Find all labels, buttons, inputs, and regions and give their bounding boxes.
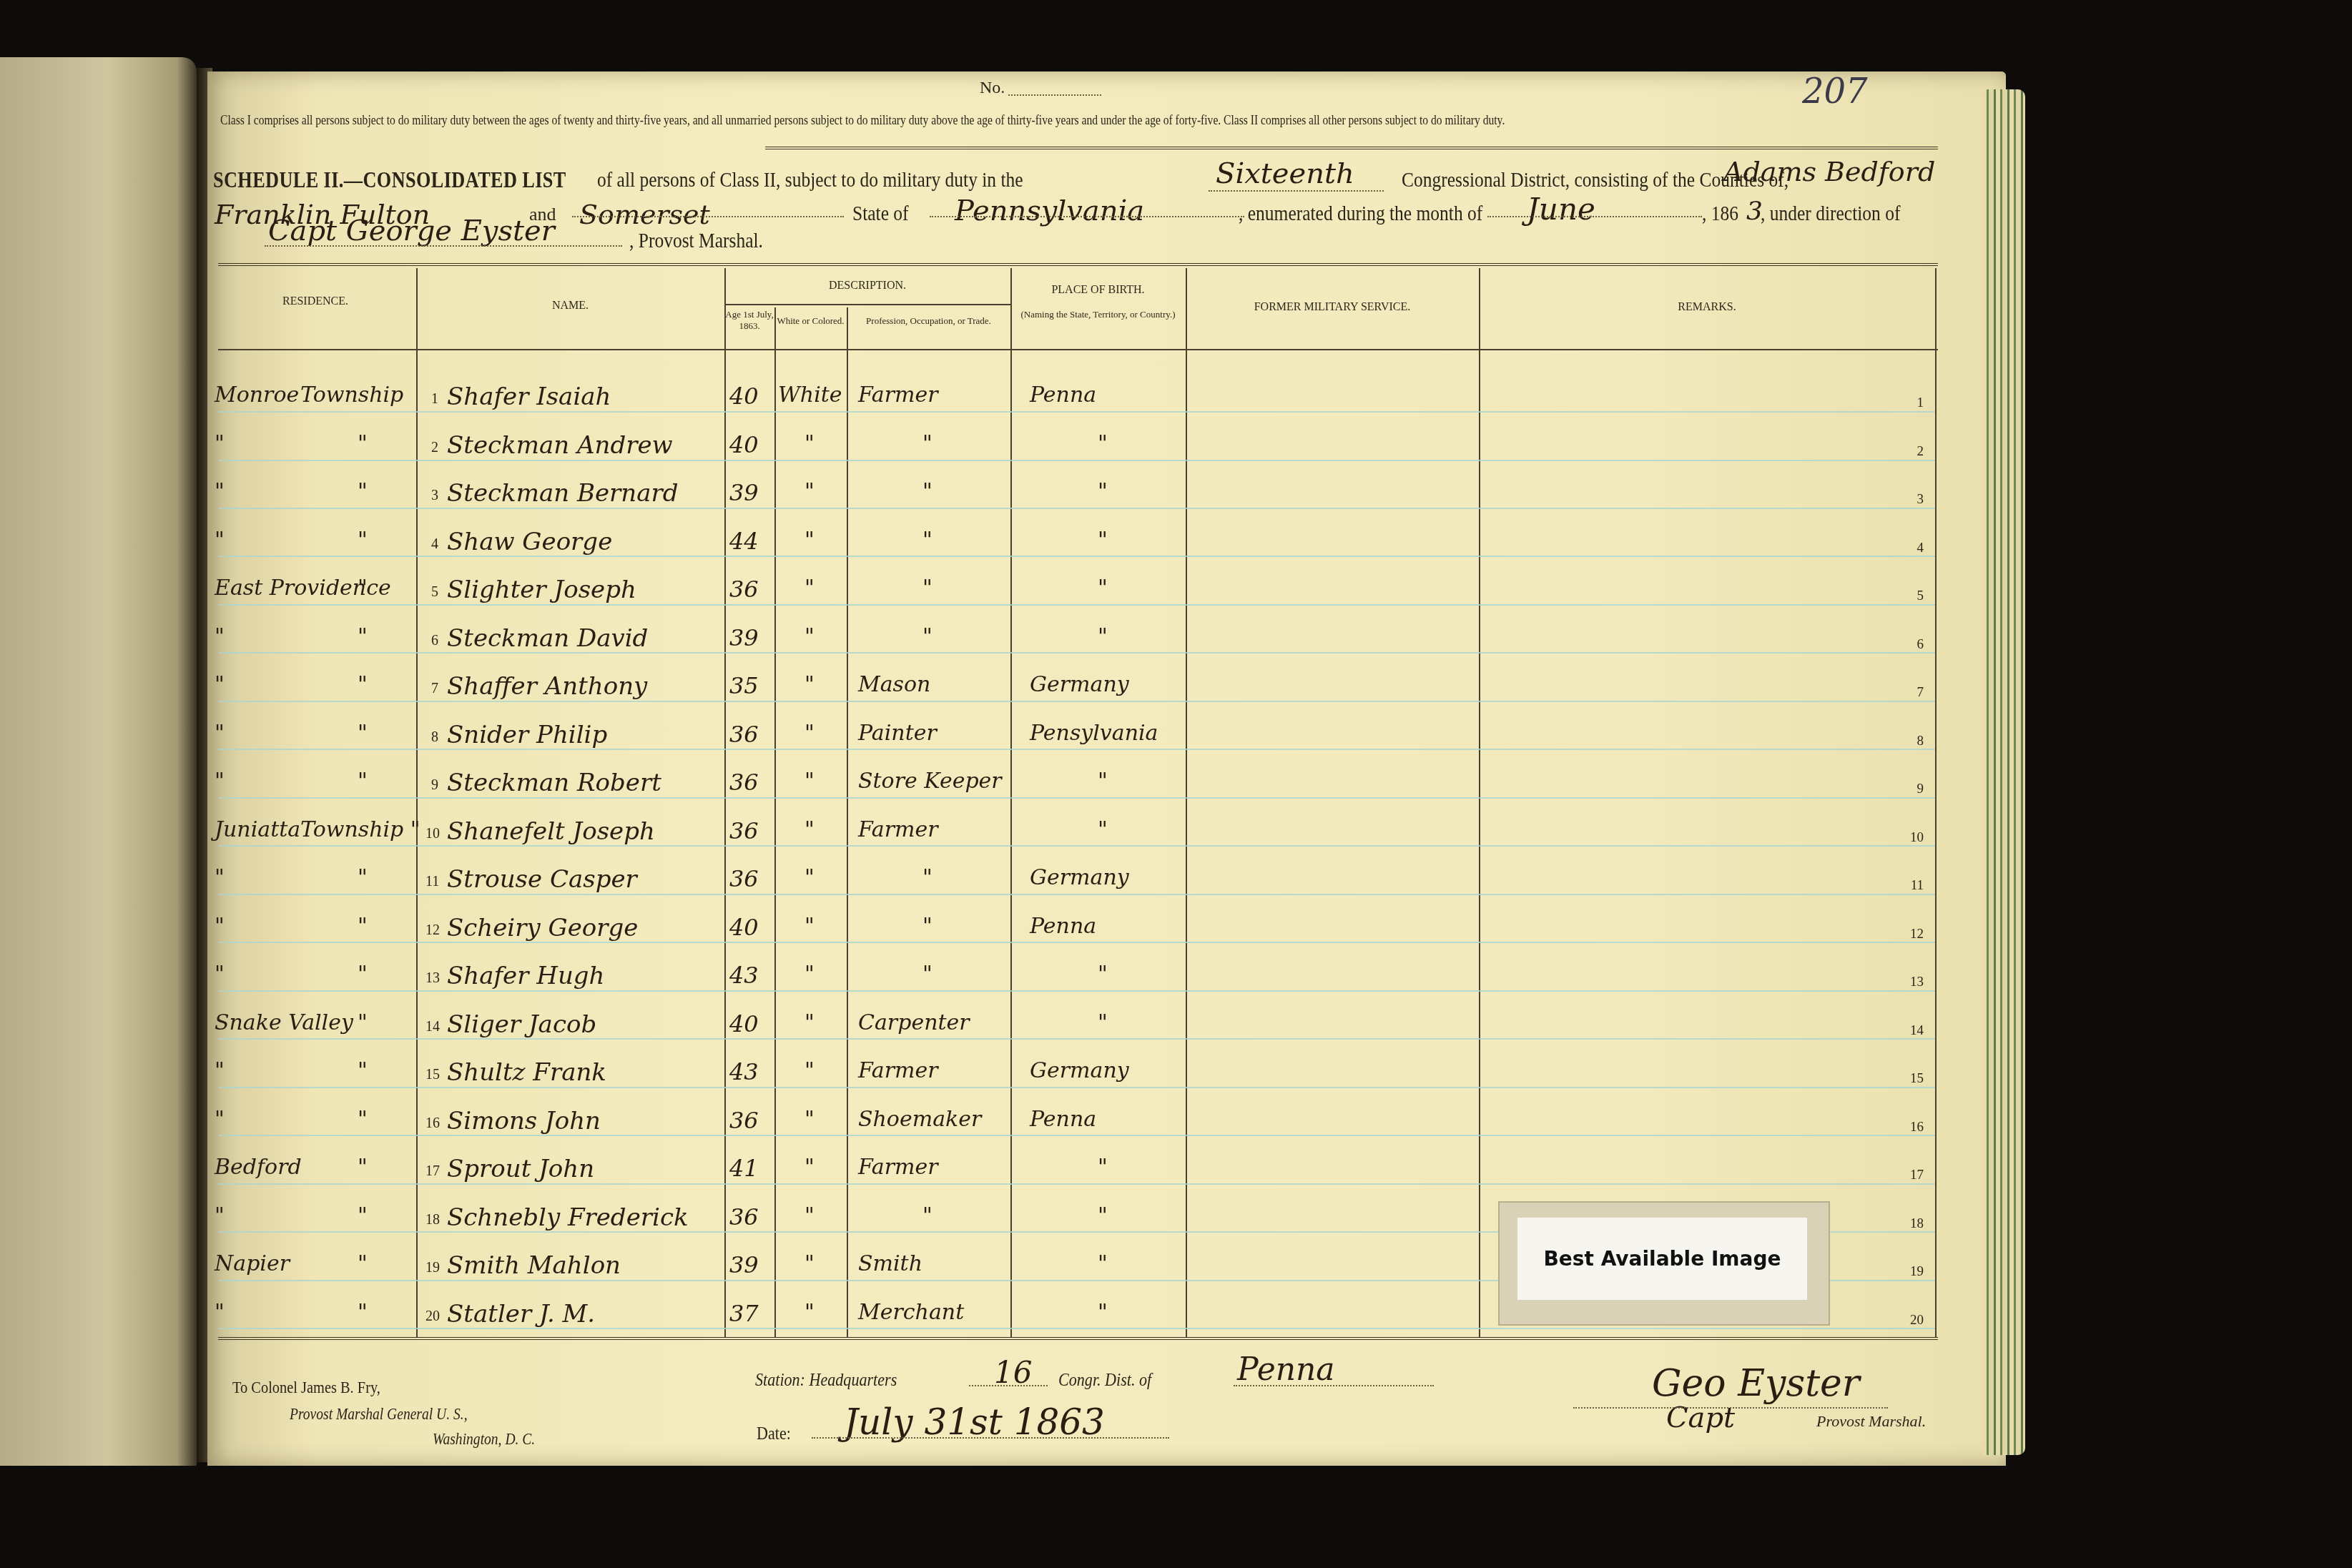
- entry-age: 40: [729, 1010, 759, 1037]
- entry-color: ": [804, 1010, 815, 1035]
- residence-type: ": [358, 479, 368, 504]
- right-row-number: 19: [1895, 1264, 1924, 1280]
- entry-name: Shaffer Anthony: [447, 672, 647, 701]
- entry-birth: Penna: [1030, 1107, 1096, 1132]
- entry-age: 36: [729, 1107, 759, 1134]
- entry-profession: Merchant: [858, 1300, 964, 1325]
- entry-profession: ": [922, 576, 933, 601]
- provost-marshal-label: Provost Marshal.: [1816, 1412, 1926, 1431]
- row-number: 18: [425, 1212, 440, 1228]
- col-age: Age 1st July, 1863.: [724, 309, 774, 332]
- residence-place: ": [215, 624, 225, 649]
- entry-profession: Painter: [858, 721, 937, 746]
- entry-birth: ": [1098, 576, 1108, 601]
- entry-color: ": [804, 1203, 815, 1228]
- entry-name: Shaw George: [447, 528, 612, 556]
- entry-name: Shanefelt Joseph: [447, 817, 655, 846]
- row-number: 3: [431, 488, 438, 504]
- entry-name: Steckman Robert: [447, 769, 661, 797]
- entry-color: ": [804, 479, 815, 504]
- entry-color: ": [804, 672, 815, 697]
- col-divider-age: [774, 307, 776, 1337]
- residence-place: ": [215, 1300, 225, 1325]
- residence-type: ": [358, 528, 368, 553]
- right-row-number: 7: [1895, 685, 1924, 701]
- row-number: 6: [431, 633, 438, 649]
- entry-color: ": [804, 769, 815, 794]
- entry-profession: ": [922, 914, 933, 939]
- entry-color: ": [804, 1251, 815, 1276]
- right-row-number: 1: [1895, 395, 1924, 411]
- schedule-title: SCHEDULE II.—CONSOLIDATED LIST: [213, 167, 566, 193]
- entry-age: 36: [729, 817, 759, 844]
- row-number: 16: [425, 1115, 440, 1132]
- entry-age: 36: [729, 769, 759, 796]
- year-prefix: , 186: [1702, 202, 1738, 226]
- residence-type: ": [358, 672, 368, 697]
- left-facing-page: [0, 57, 197, 1466]
- entry-birth: Germany: [1030, 865, 1129, 890]
- station-state: Penna: [1237, 1351, 1335, 1388]
- residence-place: ": [215, 914, 225, 939]
- entry-color: ": [804, 576, 815, 601]
- right-row-number: 20: [1895, 1313, 1924, 1328]
- addressee-line-2: Provost Marshal General U. S.,: [290, 1405, 468, 1424]
- entry-color: ": [804, 624, 815, 649]
- district-line: [1209, 190, 1384, 192]
- entry-name: Scheiry George: [447, 914, 638, 942]
- entry-color: ": [804, 721, 815, 746]
- entry-birth: ": [1098, 1010, 1108, 1035]
- right-row-number: 14: [1895, 1023, 1924, 1039]
- entry-name: Simons John: [447, 1107, 601, 1135]
- marshal-line: [265, 245, 622, 247]
- entry-profession: ": [922, 1203, 933, 1228]
- residence-place: Snake Valley: [215, 1010, 353, 1035]
- residence-type: ": [358, 962, 368, 987]
- row-number: 11: [425, 874, 439, 890]
- entry-name: Sprout John: [447, 1155, 594, 1183]
- entry-profession: Farmer: [858, 1058, 938, 1083]
- table-top-rule: [218, 263, 1938, 266]
- right-row-number: 4: [1895, 541, 1924, 556]
- row-number: 10: [425, 826, 440, 842]
- entry-birth: Germany: [1030, 672, 1129, 697]
- entry-birth: ": [1098, 769, 1108, 794]
- entry-age: 36: [729, 576, 759, 603]
- right-row-number: 12: [1895, 927, 1924, 942]
- signature-title: Capt: [1666, 1401, 1735, 1434]
- col-remarks: REMARKS.: [1479, 300, 1935, 315]
- header-rule: [765, 147, 1938, 149]
- entry-birth: ": [1098, 431, 1108, 456]
- residence-type: ": [358, 769, 368, 794]
- entry-birth: ": [1098, 1251, 1108, 1276]
- col-divider-military: [1479, 268, 1480, 1337]
- entry-profession: Farmer: [858, 383, 938, 408]
- entry-profession: Smith: [858, 1251, 922, 1276]
- entry-age: 36: [729, 721, 759, 748]
- col-birth-sub: (Naming the State, Territory, or Country…: [1010, 309, 1186, 320]
- entry-color: ": [804, 817, 815, 842]
- entry-birth: ": [1098, 1300, 1108, 1325]
- row-number: 14: [425, 1019, 440, 1035]
- right-row-number: 6: [1895, 637, 1924, 653]
- residence-place: Bedford: [215, 1155, 302, 1180]
- residence-type: ": [358, 431, 368, 456]
- right-row-number: 10: [1895, 830, 1924, 846]
- col-divider-remarks: [1935, 268, 1937, 1337]
- state-label: State of: [852, 202, 909, 226]
- page-number: 207: [1802, 72, 1868, 112]
- col-divider-birth: [1186, 268, 1187, 1337]
- entry-birth: Germany: [1030, 1058, 1129, 1083]
- month-line: [1487, 216, 1702, 217]
- residence-type: ": [358, 1251, 368, 1276]
- station-district-line: [969, 1385, 1048, 1386]
- addressee-line-1: To Colonel James B. Fry,: [232, 1379, 380, 1398]
- residence-type: Township: [300, 383, 403, 408]
- entry-profession: ": [922, 962, 933, 987]
- entry-name: Strouse Casper: [447, 865, 637, 894]
- header-bottom-rule: [218, 349, 1938, 350]
- counties-c-line: [572, 216, 844, 217]
- col-military: FORMER MILITARY SERVICE.: [1186, 300, 1479, 315]
- entry-age: 36: [729, 1203, 759, 1231]
- month-value: June: [1527, 192, 1595, 227]
- residence-place: ": [215, 528, 225, 553]
- residence-place: ": [215, 865, 225, 890]
- station-mid: Congr. Dist. of: [1058, 1369, 1151, 1391]
- page-edges: [1982, 89, 2025, 1455]
- row-number: 13: [425, 970, 440, 987]
- col-description: DESCRIPTION.: [724, 279, 1010, 293]
- row-number: 8: [431, 729, 438, 746]
- entry-name: Shultz Frank: [447, 1058, 606, 1087]
- entry-age: 43: [729, 962, 759, 989]
- right-row-number: 3: [1895, 492, 1924, 508]
- right-row-number: 5: [1895, 588, 1924, 604]
- counties-a: Adams Bedford: [1723, 156, 1935, 187]
- entry-birth: ": [1098, 624, 1108, 649]
- residence-type: ": [358, 1107, 368, 1132]
- col-profession: Profession, Occupation, or Trade.: [847, 315, 1010, 327]
- row-number: 9: [431, 777, 438, 794]
- state-value: Pennsylvania: [955, 194, 1144, 227]
- signature-line: [1573, 1407, 1888, 1409]
- right-row-number: 9: [1895, 781, 1924, 797]
- district-ordinal: Sixteenth: [1216, 157, 1354, 190]
- residence-place: Monroe: [215, 383, 299, 408]
- class-note: Class I comprises all persons subject to…: [220, 113, 1862, 129]
- table-bottom-rule: [218, 1337, 1938, 1340]
- entry-color: ": [804, 1300, 815, 1325]
- best-available-image-label: Best Available Image: [1517, 1218, 1807, 1300]
- entry-name: Steckman Bernard: [447, 479, 678, 508]
- residence-type: ": [358, 1203, 368, 1228]
- entry-age: 37: [729, 1300, 759, 1327]
- row-number: 5: [431, 584, 438, 601]
- entry-birth: ": [1098, 479, 1108, 504]
- entry-name: Smith Mahlon: [447, 1251, 621, 1280]
- residence-place: ": [215, 1107, 225, 1132]
- row-number: 17: [425, 1163, 440, 1180]
- row-number: 20: [425, 1308, 440, 1325]
- direction-label: , under direction of: [1761, 202, 1900, 226]
- col-divider-name: [724, 268, 726, 1337]
- form-number-label: No.: [980, 79, 1005, 98]
- entry-age: 40: [729, 383, 759, 410]
- marshal-name: Capt George Eyster: [268, 215, 555, 247]
- entry-birth: ": [1098, 817, 1108, 842]
- entry-name: Snider Philip: [447, 721, 607, 749]
- entry-name: Statler J. M.: [447, 1300, 595, 1328]
- entry-birth: Penna: [1030, 383, 1096, 408]
- right-row-number: 18: [1895, 1216, 1924, 1232]
- entry-name: Shafer Isaiah: [447, 383, 611, 411]
- residence-place: Napier: [215, 1251, 290, 1276]
- entry-age: 43: [729, 1058, 759, 1085]
- entry-birth: Penna: [1030, 914, 1096, 939]
- residence-type: ": [358, 1300, 368, 1325]
- entry-name: Sliger Jacob: [447, 1010, 596, 1039]
- residence-place: ": [215, 962, 225, 987]
- entry-profession: Mason: [858, 672, 930, 697]
- col-residence: RESIDENCE.: [215, 295, 416, 309]
- entry-profession: ": [922, 431, 933, 456]
- right-row-number: 11: [1895, 878, 1924, 894]
- row-number: 4: [431, 536, 438, 553]
- entry-profession: Store Keeper: [858, 769, 1002, 794]
- station-state-line: [1234, 1385, 1434, 1386]
- residence-place: ": [215, 672, 225, 697]
- entry-age: 39: [729, 1251, 759, 1278]
- entry-color: ": [804, 431, 815, 456]
- description-subrule: [724, 304, 1010, 305]
- entry-color: ": [804, 865, 815, 890]
- entry-age: 36: [729, 865, 759, 892]
- entry-age: 41: [729, 1155, 759, 1182]
- right-row-number: 8: [1895, 734, 1924, 749]
- entry-color: ": [804, 1107, 815, 1132]
- marshal-label: , Provost Marshal.: [629, 229, 763, 253]
- entry-color: White: [778, 383, 842, 408]
- col-name: NAME.: [416, 299, 724, 313]
- entry-profession: Carpenter: [858, 1010, 970, 1035]
- residence-type: ": [358, 576, 368, 601]
- entry-profession: ": [922, 624, 933, 649]
- residence-place: ": [215, 479, 225, 504]
- form-number-line: [1008, 94, 1101, 96]
- entry-birth: ": [1098, 528, 1108, 553]
- residence-type: ": [358, 1010, 368, 1035]
- row-number: 19: [425, 1260, 440, 1276]
- header-text-1: of all persons of Class II, subject to d…: [597, 168, 1023, 192]
- entry-color: ": [804, 1155, 815, 1180]
- signature: Geo Eyster: [1652, 1362, 1860, 1405]
- entry-profession: ": [922, 528, 933, 553]
- enumerated-label: , enumerated during the month of: [1239, 202, 1482, 226]
- right-row-number: 13: [1895, 975, 1924, 990]
- col-divider-residence: [416, 268, 418, 1337]
- row-number: 15: [425, 1067, 440, 1083]
- col-white-colored: White or Colored.: [774, 315, 847, 327]
- entry-age: 39: [729, 479, 759, 506]
- date-label: Date:: [757, 1423, 791, 1444]
- col-birth: PLACE OF BIRTH.: [1010, 283, 1186, 297]
- entry-age: 35: [729, 672, 759, 699]
- residence-type: ": [358, 865, 368, 890]
- residence-type: ": [358, 721, 368, 746]
- entry-profession: Farmer: [858, 817, 938, 842]
- residence-place: Juniatta: [215, 817, 300, 842]
- residence-type: Township ": [300, 817, 420, 842]
- residence-type: ": [358, 914, 368, 939]
- entry-age: 39: [729, 624, 759, 651]
- entry-profession: Shoemaker: [858, 1107, 981, 1132]
- entry-profession: Farmer: [858, 1155, 938, 1180]
- entry-birth: ": [1098, 1203, 1108, 1228]
- entry-age: 40: [729, 431, 759, 458]
- entry-age: 44: [729, 528, 759, 555]
- residence-type: ": [358, 1155, 368, 1180]
- col-divider-profession: [1010, 268, 1012, 1337]
- row-number: 2: [431, 440, 438, 456]
- right-row-number: 17: [1895, 1168, 1924, 1183]
- residence-place: ": [215, 1058, 225, 1083]
- counties-c: Somerset: [579, 199, 710, 230]
- entry-name: Slighter Joseph: [447, 576, 636, 604]
- entry-profession: ": [922, 479, 933, 504]
- residence-place: ": [215, 721, 225, 746]
- row-number: 1: [431, 391, 438, 408]
- entry-birth: Pensylvania: [1030, 721, 1158, 746]
- right-row-number: 15: [1895, 1071, 1924, 1087]
- entry-name: Schnebly Frederick: [447, 1203, 689, 1232]
- right-row-number: 16: [1895, 1120, 1924, 1135]
- entry-profession: ": [922, 865, 933, 890]
- entry-color: ": [804, 528, 815, 553]
- state-line: [930, 216, 1244, 217]
- entry-name: Steckman David: [447, 624, 648, 653]
- residence-place: ": [215, 1203, 225, 1228]
- addressee-line-3: Washington, D. C.: [433, 1430, 535, 1449]
- entry-birth: ": [1098, 1155, 1108, 1180]
- entry-color: ": [804, 1058, 815, 1083]
- entry-color: ": [804, 962, 815, 987]
- residence-place: ": [215, 431, 225, 456]
- row-number: 7: [431, 681, 438, 697]
- residence-place: ": [215, 769, 225, 794]
- entry-name: Shafer Hugh: [447, 962, 604, 990]
- entry-age: 40: [729, 914, 759, 941]
- row-number: 12: [425, 922, 440, 939]
- right-row-number: 2: [1895, 444, 1924, 460]
- entry-name: Steckman Andrew: [447, 431, 673, 460]
- residence-type: ": [358, 624, 368, 649]
- station-label: Station: Headquarters: [755, 1369, 897, 1391]
- residence-type: ": [358, 1058, 368, 1083]
- entry-birth: ": [1098, 962, 1108, 987]
- date-line: [812, 1437, 1169, 1439]
- entry-color: ": [804, 914, 815, 939]
- col-divider-color: [847, 307, 848, 1337]
